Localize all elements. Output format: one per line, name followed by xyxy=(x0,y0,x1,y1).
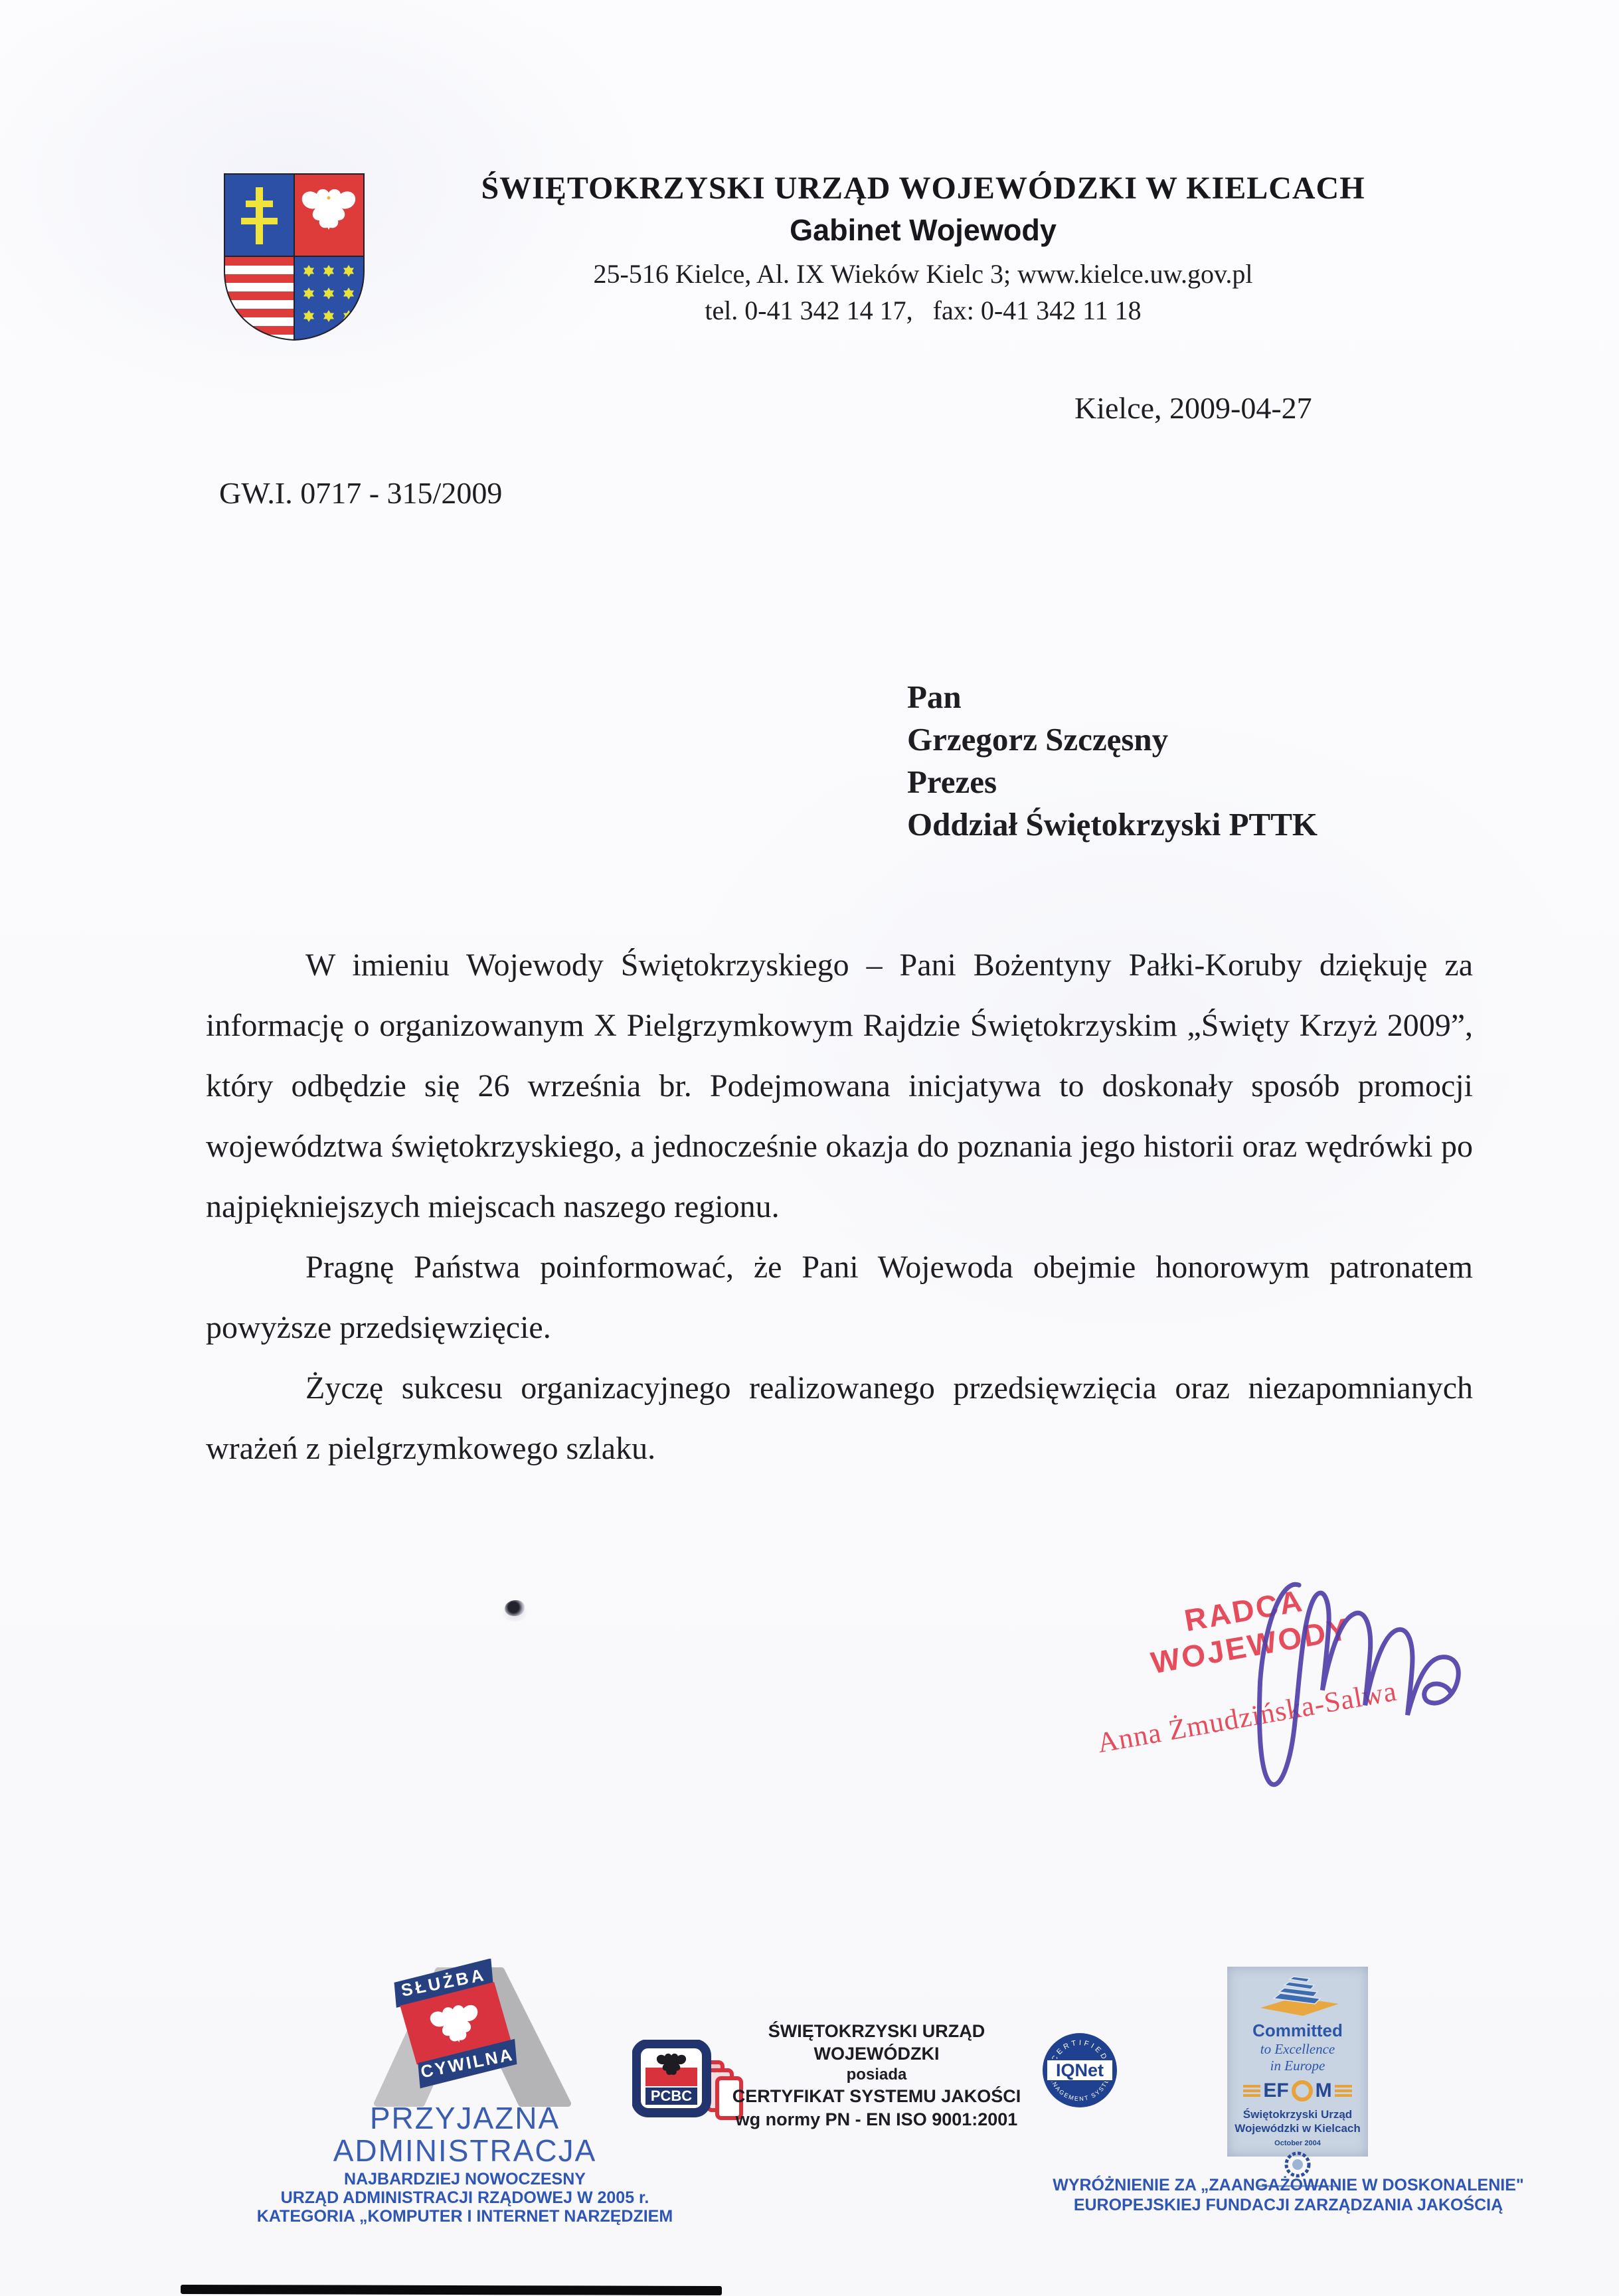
department: Gabinet Wojewody xyxy=(398,213,1448,248)
body-paragraph-2: Pragnę Państwa poinformować, że Pani Woj… xyxy=(206,1237,1473,1358)
efqm-badge: Committed to Excellence in Europe EF M Ś… xyxy=(1227,1967,1368,2157)
org-address: 25-516 Kielce, Al. IX Wieków Kielc 3; ww… xyxy=(398,258,1448,289)
cert-line4: wg normy PN - EN ISO 9001:2001 xyxy=(727,2107,1026,2131)
scanned-letter-page: ŚWIĘTOKRZYSKI URZĄD WOJEWÓDZKI W KIELCAC… xyxy=(0,0,1619,2296)
handwritten-signature xyxy=(1220,1557,1517,1811)
efqm-bars-left xyxy=(1243,2085,1260,2097)
efqm-bars-right xyxy=(1335,2085,1352,2097)
left-caption-line3: KATEGORIA „KOMPUTER I INTERNET NARZĘDZIE… xyxy=(252,2207,677,2226)
left-award-caption: NAJBARDZIEJ NOWOCZESNY URZĄD ADMINISTRAC… xyxy=(252,2170,677,2226)
efqm-letter-m: M xyxy=(1316,2080,1332,2102)
efqm-in-europe: in Europe xyxy=(1227,2058,1368,2074)
scan-edge-artifact xyxy=(181,2285,722,2295)
friendly-title-line2: ADMINISTRACJA xyxy=(312,2135,618,2167)
cert-line1: ŚWIĘTOKRZYSKI URZĄD WOJEWÓDZKI xyxy=(727,2020,1026,2065)
recipient-title: Prezes xyxy=(907,761,1318,803)
efqm-to-excellence: to Excellence xyxy=(1227,2041,1368,2058)
right-caption-line1: WYRÓŻNIENIE ZA „ZAANGAŻOWANIE W DOSKONAL… xyxy=(1043,2175,1534,2195)
efqm-logo: EF M xyxy=(1227,2080,1368,2102)
efqm-org-line1: Świętokrzyski Urząd xyxy=(1227,2107,1368,2121)
efqm-org-line2: Wojewódzki w Kielcach xyxy=(1227,2121,1368,2135)
ink-blot xyxy=(505,1600,525,1616)
recipient-salutation: Pan xyxy=(907,676,1318,718)
left-caption-line1: NAJBARDZIEJ NOWOCZESNY xyxy=(252,2170,677,2188)
body-paragraph-1: W imieniu Wojewody Świętokrzyskiego – Pa… xyxy=(206,935,1473,1237)
place-and-date: Kielce, 2009-04-27 xyxy=(1074,390,1312,426)
pcbc-label: PCBC xyxy=(651,2088,692,2104)
org-name: ŚWIĘTOKRZYSKI URZĄD WOJEWÓDZKI W KIELCAC… xyxy=(398,170,1448,206)
efqm-pyramid-icon xyxy=(1251,1975,1344,2017)
right-caption-line2: EUROPEJSKIEJ FUNDACJI ZARZĄDZANIA JAKOŚC… xyxy=(1043,2195,1534,2215)
left-caption-line2: URZĄD ADMINISTRACJI RZĄDOWEJ W 2005 r. xyxy=(252,2188,677,2207)
iqnet-badge: CERTIFIED MANAGEMENT SYSTEM IQNet xyxy=(1040,2030,1120,2110)
friendly-administration-title: PRZYJAZNA ADMINISTRACJA xyxy=(312,2102,618,2167)
efqm-date: October 2004 xyxy=(1227,2139,1368,2147)
right-award-caption: WYRÓŻNIENIE ZA „ZAANGAŻOWANIE W DOSKONAL… xyxy=(1043,2175,1534,2215)
org-phone-fax: tel. 0-41 342 14 17, fax: 0-41 342 11 18 xyxy=(398,295,1448,326)
recipient-block: Pan Grzegorz Szczęsny Prezes Oddział Świ… xyxy=(907,676,1318,846)
efqm-committed: Committed xyxy=(1227,2020,1368,2041)
letterhead: ŚWIĘTOKRZYSKI URZĄD WOJEWÓDZKI W KIELCAC… xyxy=(398,170,1448,326)
iqnet-label: IQNet xyxy=(1056,2060,1104,2080)
efqm-letters-ef: EF xyxy=(1263,2080,1288,2102)
certificate-text: ŚWIĘTOKRZYSKI URZĄD WOJEWÓDZKI posiada C… xyxy=(727,2020,1026,2131)
reference-number: GW.I. 0717 - 315/2009 xyxy=(219,475,502,511)
letter-body: W imieniu Wojewody Świętokrzyskiego – Pa… xyxy=(206,935,1473,1479)
recipient-org: Oddział Świętokrzyski PTTK xyxy=(907,803,1318,846)
cert-line3: CERTYFIKAT SYSTEMU JAKOŚCI xyxy=(727,2085,1026,2107)
friendly-title-line1: PRZYJAZNA xyxy=(312,2102,618,2135)
efqm-q-circle-icon xyxy=(1292,2080,1313,2101)
body-paragraph-3: Życzę sukcesu organizacyjnego realizowan… xyxy=(206,1358,1473,1479)
voivodeship-coat-of-arms-icon xyxy=(220,171,368,343)
recipient-name: Grzegorz Szczęsny xyxy=(907,718,1318,761)
cert-line2: posiada xyxy=(727,2065,1026,2085)
friendly-administration-logo: SŁUŻBA CYWILNA xyxy=(359,1959,571,2108)
